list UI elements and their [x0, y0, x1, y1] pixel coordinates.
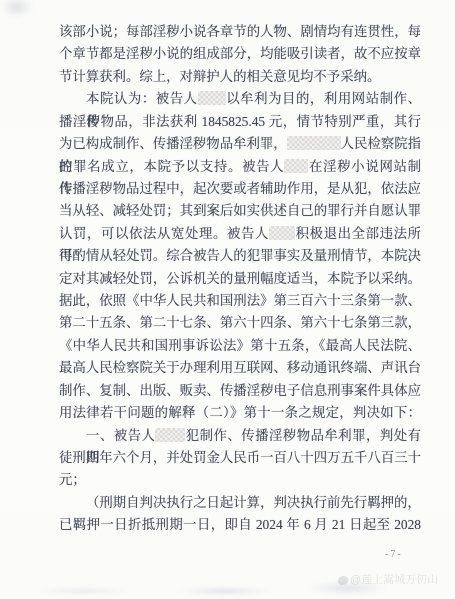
judgment-body-text: 该部小说；每部淫秽小说各章节的人物、剧情均有连贯性，每个章节都是淫秽小说的组成部…: [59, 21, 421, 537]
text-segment: 制作、复制、出版、贩卖、传播淫秽电子信息刑事案件具体应: [59, 383, 421, 398]
judgment-text-line: 《中华人民共和国刑事诉讼法》第十五条，《最高人民法院、: [59, 335, 421, 357]
redaction-mosaic: [269, 226, 295, 240]
judgment-text-line: 可酌情从轻处罚。综合被告人的犯罪事实及量刑情节，本院决: [59, 245, 421, 267]
judgment-text-line: 为已构成制作、传播淫秽物品牟利罪，人民检察院指控: [59, 133, 421, 155]
weibo-eye-icon: [338, 576, 348, 585]
scan-smudge-bottom-left: [18, 586, 148, 596]
scan-smudge-bottom-middle: [160, 585, 290, 597]
page-number: -7-: [385, 549, 403, 560]
text-segment: 元；: [59, 472, 86, 487]
judgment-text-line: 用法律若干问题的解释（二）》第十一条之规定，判决如下：: [59, 402, 421, 424]
judgment-text-line: 一、被告人犯制作、传播淫秽物品牟利罪，判处有期: [59, 425, 421, 447]
text-segment: 当从轻、减轻处罚；其到案后如实供述自己的罪行并自愿认罪: [59, 203, 421, 218]
judgment-text-line: 据此，依照《中华人民共和国刑法》第三百六十三条第一款、: [59, 290, 421, 312]
judgment-text-line: 定对其减轻处罚，公诉机关的量刑幅度适当，本院予以采纳。: [59, 268, 421, 290]
weibo-watermark: @莲上嵩城万仞山: [338, 573, 453, 587]
text-segment: 传播淫秽物品过程中，起次要或者辅助作用，是从犯，依法应: [59, 181, 421, 196]
judgment-text-line: 的罪名成立，本院予以支持。被告人在淫秽小说网站制作、: [59, 156, 421, 178]
text-segment: 播淫秽物品，非法获利 1845825.45 元，情节特别严重，其行: [59, 114, 421, 129]
judgment-text-line: 该部小说；每部淫秽小说各章节的人物、剧情均有连贯性，每: [59, 21, 421, 43]
text-segment: 一、被告人: [86, 428, 155, 443]
text-segment: 徒刑四年六个月，并处罚金人民币一百八十四万五千八百三十: [59, 450, 421, 465]
redaction-mosaic: [198, 91, 226, 105]
text-segment: 本院认为：被告人: [86, 91, 198, 106]
text-segment: 该部小说；每部淫秽小说各章节的人物、剧情均有连贯性，每: [59, 24, 421, 39]
judgment-text-line: 本院认为：被告人以牟利为目的，利用网站制作、传: [59, 88, 421, 110]
text-segment: 认罚，可以依法从宽处理。被告人: [59, 226, 269, 241]
judgment-text-line: 徒刑四年六个月，并处罚金人民币一百八十四万五千八百三十: [59, 447, 421, 469]
text-segment: 已羁押一日折抵刑期一日，即自 2024 年 6 月 21 日起至 2028: [59, 517, 421, 532]
judgment-text-line: 第二十五条、第二十七条、第六十四条、第六十七条第三款，: [59, 312, 421, 334]
text-segment: 个章节都是淫秽小说的组成部分，均能吸引读者，故不应按章: [59, 46, 421, 61]
text-segment: 最高人民检察院关于办理利用互联网、移动通讯终端、声讯台: [59, 360, 421, 375]
text-segment: 节计算获利。综上，对辩护人的相关意见均不予采纳。: [59, 69, 380, 84]
judgment-text-line: 已羁押一日折抵刑期一日，即自 2024 年 6 月 21 日起至 2028: [59, 514, 421, 536]
judgment-text-line: 当从轻、减轻处罚；其到案后如实供述自己的罪行并自愿认罪: [59, 200, 421, 222]
judgment-text-line: 个章节都是淫秽小说的组成部分，均能吸引读者，故不应按章: [59, 43, 421, 65]
redaction-mosaic: [155, 428, 185, 442]
judgment-text-line: 制作、复制、出版、贩卖、传播淫秽电子信息刑事案件具体应: [59, 380, 421, 402]
text-segment: （刑期自判决执行之日起计算，判决执行前先行羁押的，: [86, 495, 421, 510]
text-segment: 的罪名成立，本院予以支持。被告人: [59, 159, 284, 174]
redaction-mosaic: [287, 136, 341, 150]
watermark-text: @莲上嵩城万仞山: [350, 573, 438, 587]
redaction-mosaic: [284, 159, 308, 173]
judgment-text-line: 元；: [59, 469, 421, 491]
text-segment: 为已构成制作、传播淫秽物品牟利罪，: [59, 136, 287, 151]
text-segment: 《中华人民共和国刑事诉讼法》第十五条，《最高人民法院、: [59, 338, 421, 353]
text-segment: 第二十五条、第二十七条、第六十四条、第六十七条第三款，: [59, 315, 421, 330]
text-segment: 用法律若干问题的解释（二）》第十一条之规定，判决如下：: [59, 405, 421, 420]
text-segment: 定对其减轻处罚，公诉机关的量刑幅度适当，本院予以采纳。: [59, 271, 421, 286]
document-page: 该部小说；每部淫秽小说各章节的人物、剧情均有连贯性，每个章节都是淫秽小说的组成部…: [0, 0, 455, 599]
judgment-text-line: 传播淫秽物品过程中，起次要或者辅助作用，是从犯，依法应: [59, 178, 421, 200]
judgment-text-line: 播淫秽物品，非法获利 1845825.45 元，情节特别严重，其行: [59, 111, 421, 133]
scan-smudge-top-left: [0, 0, 40, 22]
judgment-text-line: 认罚，可以依法从宽处理。被告人积极退出全部违法所得，: [59, 223, 421, 245]
judgment-text-line: 最高人民检察院关于办理利用互联网、移动通讯终端、声讯台: [59, 357, 421, 379]
text-segment: 据此，依照《中华人民共和国刑法》第三百六十三条第一款、: [59, 293, 421, 308]
judgment-text-line: （刑期自判决执行之日起计算，判决执行前先行羁押的，: [59, 492, 421, 514]
judgment-text-line: 节计算获利。综上，对辩护人的相关意见均不予采纳。: [59, 66, 421, 88]
text-segment: 可酌情从轻处罚。综合被告人的犯罪事实及量刑情节，本院决: [59, 248, 421, 263]
